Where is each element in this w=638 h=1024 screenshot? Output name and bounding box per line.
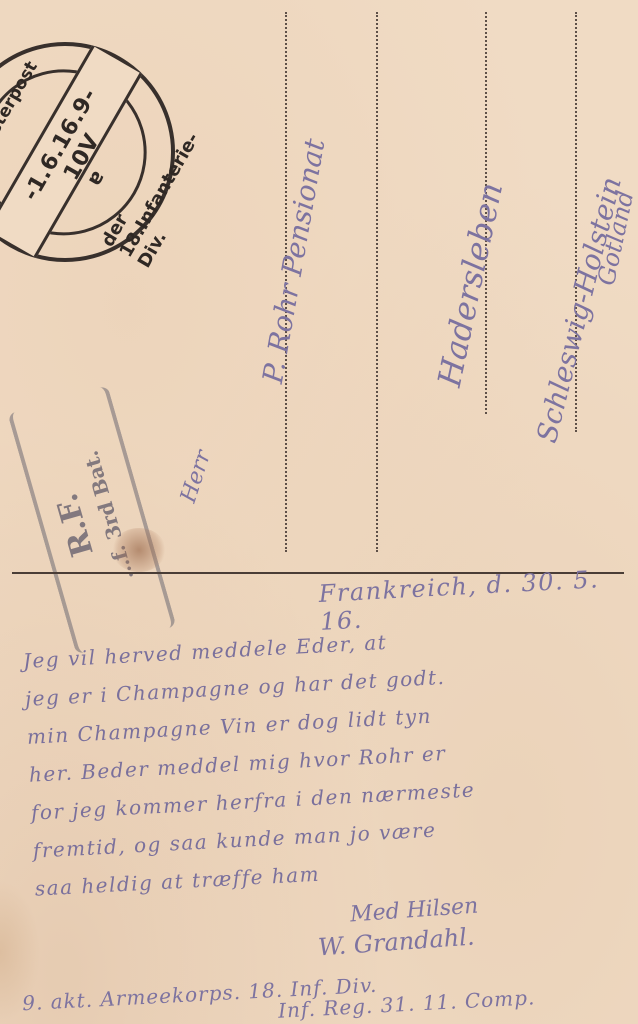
address-salutation: Herr xyxy=(176,447,216,505)
message-signature: W. Grandahl. xyxy=(317,923,475,962)
message-closing: Med Hilsen xyxy=(349,894,479,928)
postcard-back: …sterpost -1.6.16.9-10V a der 18.Infante… xyxy=(0,0,638,1024)
address-town: Hadersleben xyxy=(430,179,510,390)
address-name: P. Rohr Pensionat xyxy=(256,136,331,386)
postmark: …sterpost -1.6.16.9-10V a der 18.Infante… xyxy=(0,2,215,303)
unit-stamp: R.F. …f. 3rd Bat. xyxy=(8,386,177,655)
message-body: Jeg vil herved meddele Eder, at jeg er i… xyxy=(22,611,635,908)
stain xyxy=(112,528,166,572)
address-line-2 xyxy=(376,12,378,552)
